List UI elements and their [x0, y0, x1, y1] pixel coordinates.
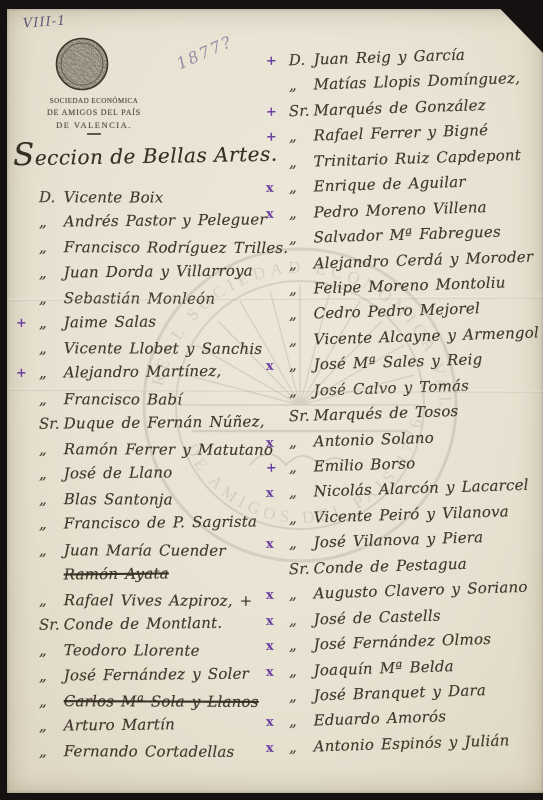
member-entry: „ Francisco Babí: [15, 387, 261, 413]
review-check-mark: +: [16, 361, 27, 386]
entry-prefix: „: [289, 226, 310, 252]
review-check-mark: +: [266, 49, 278, 75]
member-name: Francisco Babí: [64, 390, 183, 408]
letterhead-line1: SOCIEDAD ECONÓMICA: [29, 97, 159, 105]
member-name: Teodoro Llorente: [64, 642, 200, 660]
review-check-mark: x: [266, 710, 275, 736]
member-name: Juan María Cuender: [64, 541, 226, 560]
member-name: Salvador Mª Fabregues: [313, 223, 501, 247]
member-name: Andrés Pastor y Peleguer: [64, 211, 267, 231]
entry-prefix: „: [289, 149, 310, 175]
entry-prefix: „: [289, 353, 310, 379]
member-name: Vicente Peiró y Vilanova: [313, 502, 509, 526]
member-entry: Sr. Conde de Montlant.: [15, 611, 261, 639]
member-name: Eduardo Amorós: [313, 708, 446, 730]
member-entry: „ Juan María Cuender: [15, 538, 261, 564]
entry-prefix: „: [39, 286, 59, 311]
member-name: José Vilanova y Piera: [313, 528, 483, 551]
member-entry: „ Teodoro Llorente: [15, 638, 261, 664]
review-check-mark: x: [266, 354, 275, 380]
member-name: Francisco Rodríguez Trilles.: [64, 239, 289, 258]
member-name: Matías Llopis Domínguez,: [313, 69, 520, 93]
member-name: Antonio Espinós y Julián: [313, 731, 509, 755]
entry-prefix: „: [39, 512, 59, 537]
member-name: José Fernández Olmos: [313, 630, 491, 654]
entry-prefix: Sr.: [289, 99, 310, 125]
society-seal-icon: [54, 36, 110, 94]
member-name: Pedro Moreno Villena: [313, 198, 487, 221]
member-name: Conde de Montlant.: [64, 614, 223, 634]
entry-prefix: „: [289, 531, 310, 557]
member-entry: „ José Fernández y Soler: [15, 661, 261, 689]
section-title: Seccion de Bellas Artes.: [13, 133, 278, 174]
member-name: Enrique de Aguilar: [313, 173, 466, 196]
entry-prefix: „: [39, 260, 59, 285]
letterhead-rule: [87, 133, 101, 135]
entry-prefix: „: [39, 487, 59, 512]
review-check-mark: x: [266, 736, 275, 762]
entry-prefix: „: [289, 175, 310, 201]
entry-prefix: „: [39, 588, 59, 613]
review-check-mark: x: [266, 201, 275, 227]
entry-prefix: „: [289, 506, 310, 532]
member-name: Emilio Borso: [313, 454, 415, 475]
review-check-mark: x: [266, 583, 275, 609]
member-name: José Mª Sales y Reig: [313, 350, 482, 373]
member-name: Jaime Salas: [64, 312, 157, 331]
entry-prefix: „: [39, 538, 59, 563]
entry-prefix: „: [39, 663, 59, 688]
member-name: Vicente Alcayne y Armengol: [313, 323, 539, 348]
member-name: Trinitario Ruiz Capdepont: [313, 146, 521, 171]
member-name: Ramón Ferrer y Matutano: [64, 440, 273, 459]
member-name: Felipe Moreno Montoliu: [313, 273, 505, 297]
review-check-mark: x: [266, 532, 275, 558]
review-check-mark: x: [266, 659, 275, 685]
review-check-mark: x: [266, 176, 275, 202]
review-check-mark: x: [266, 481, 275, 507]
review-check-mark: x: [266, 608, 275, 634]
member-name: Juan Dorda y Villarroya: [64, 261, 253, 281]
entry-prefix: „: [289, 582, 310, 608]
entry-prefix: „: [39, 437, 59, 462]
review-check-mark: x: [266, 634, 275, 660]
member-name: Duque de Fernán Núñez,: [64, 412, 265, 432]
member-name: Juan Reig y García: [313, 46, 465, 69]
entry-prefix: „: [39, 689, 59, 714]
entry-prefix: „: [289, 607, 310, 633]
member-entry: Sr. Duque de Fernán Núñez,: [15, 409, 261, 437]
member-entry: „ José de Llano: [15, 459, 261, 487]
review-check-mark: +: [16, 311, 27, 336]
entry-prefix: D.: [289, 48, 310, 74]
entry-prefix: „: [289, 277, 310, 303]
member-name: Conde de Pestagua: [313, 554, 467, 577]
entry-prefix: „: [289, 633, 310, 659]
member-name: Antonio Solano: [313, 428, 434, 450]
member-name: José Calvo y Tomás: [313, 376, 469, 399]
member-name: Carlos Mª Sola y Llanos: [64, 692, 259, 711]
member-name: Arturo Martín: [64, 715, 175, 734]
entry-prefix: „: [289, 429, 310, 455]
letterhead-line2: DE AMIGOS DEL PAÍS: [29, 108, 159, 117]
entry-prefix: D.: [39, 185, 59, 210]
member-list-left: D. Vicente Boix „ Andrés Pastor y Pelegu…: [15, 185, 261, 764]
review-check-mark: x: [266, 430, 275, 456]
entry-prefix: „: [39, 713, 59, 738]
entry-prefix: Sr.: [289, 556, 310, 582]
member-entry: „ Francisco de P. Sagrista: [15, 510, 261, 538]
manuscript-page: REAL SOCIEDAD ECONÓMICA VALENCIANA DE AM…: [7, 9, 543, 793]
entry-prefix: „: [39, 235, 59, 260]
member-entry: „ Arturo Martín: [15, 711, 261, 739]
member-entry: „ Juan Dorda y Villarroya: [15, 258, 261, 286]
entry-prefix: „: [289, 658, 310, 684]
review-check-mark: +: [266, 100, 278, 126]
scan-background: REAL SOCIEDAD ECONÓMICA VALENCIANA DE AM…: [0, 0, 543, 800]
entry-prefix: Sr.: [39, 411, 59, 436]
entry-prefix: „: [289, 327, 310, 353]
entry-prefix: „: [39, 210, 59, 235]
entry-prefix: Sr.: [39, 613, 59, 638]
entry-prefix: „: [39, 310, 59, 335]
member-name: José de Llano: [64, 463, 173, 482]
entry-prefix: „: [289, 251, 310, 277]
member-entry: „ Andrés Pastor y Peleguer: [15, 208, 261, 236]
entry-prefix: „: [289, 480, 310, 506]
entry-prefix: „: [39, 361, 59, 386]
member-name: Rafael Vives Azpiroz, +: [64, 591, 253, 610]
member-name: Blas Santonja: [64, 490, 173, 508]
member-name: Marqués de Tosos: [313, 402, 458, 425]
member-name: Fernando Cortadellas: [64, 742, 235, 761]
entry-prefix: Sr.: [289, 404, 310, 430]
letterhead-line3: DE VALENCIA.: [29, 120, 159, 130]
entry-prefix: „: [39, 638, 59, 663]
entry-prefix: „: [289, 124, 310, 150]
entry-prefix: „: [289, 455, 310, 481]
member-name: Rafael Ferrer y Bigné: [313, 121, 488, 144]
entry-prefix: „: [39, 462, 59, 487]
member-name: Vicente Boix: [64, 188, 164, 206]
entry-prefix: „: [289, 302, 310, 328]
member-name: Marqués de González: [313, 96, 486, 119]
entry-prefix: „: [289, 709, 310, 735]
member-entry: „ Francisco Rodríguez Trilles.: [15, 235, 261, 261]
entry-prefix: „: [39, 336, 59, 361]
member-entry: + „ Jaime Salas: [15, 308, 261, 336]
member-name: José de Castells: [313, 606, 441, 628]
entry-prefix: „: [289, 684, 310, 710]
member-entry: Ramón Ayata: [15, 560, 261, 588]
entry-prefix: „: [39, 387, 59, 412]
member-name: Ramón Ayata: [64, 564, 169, 583]
entry-prefix: „: [289, 734, 310, 760]
member-list-right: + D. Juan Reig y García „ Matías Llopis …: [265, 49, 543, 761]
member-name: Alejandro Martínez,: [64, 362, 222, 382]
member-name: Cedro Pedro Mejorel: [313, 300, 480, 323]
review-check-mark: +: [266, 125, 278, 151]
letterhead: SOCIEDAD ECONÓMICA DE AMIGOS DEL PAÍS DE…: [29, 97, 159, 135]
entry-prefix: „: [289, 378, 310, 404]
member-name: Augusto Clavero y Soriano: [313, 578, 527, 603]
member-entry: „ Fernando Cortadellas: [15, 739, 261, 765]
member-name: Sebastián Monleón: [64, 289, 215, 308]
entry-prefix: „: [289, 200, 310, 226]
review-check-mark: +: [266, 456, 278, 482]
date-annotation: 1877?: [174, 32, 236, 73]
folio-annotation: VIII-1: [23, 14, 67, 32]
entry-prefix: „: [39, 739, 59, 764]
member-entry: + „ Alejandro Martínez,: [15, 359, 261, 387]
member-name: Vicente Llobet y Sanchis: [64, 339, 263, 358]
member-name: Alejandro Cerdá y Moroder: [313, 247, 533, 272]
member-name: José Fernández y Soler: [64, 664, 249, 684]
member-name: Francisco de P. Sagrista: [64, 513, 258, 533]
member-name: Nicolás Alarcón y Lacarcel: [313, 476, 529, 501]
member-name: Joaquín Mª Belda: [313, 657, 454, 679]
entry-prefix: „: [289, 73, 310, 99]
member-name: José Branquet y Dara: [313, 681, 486, 704]
